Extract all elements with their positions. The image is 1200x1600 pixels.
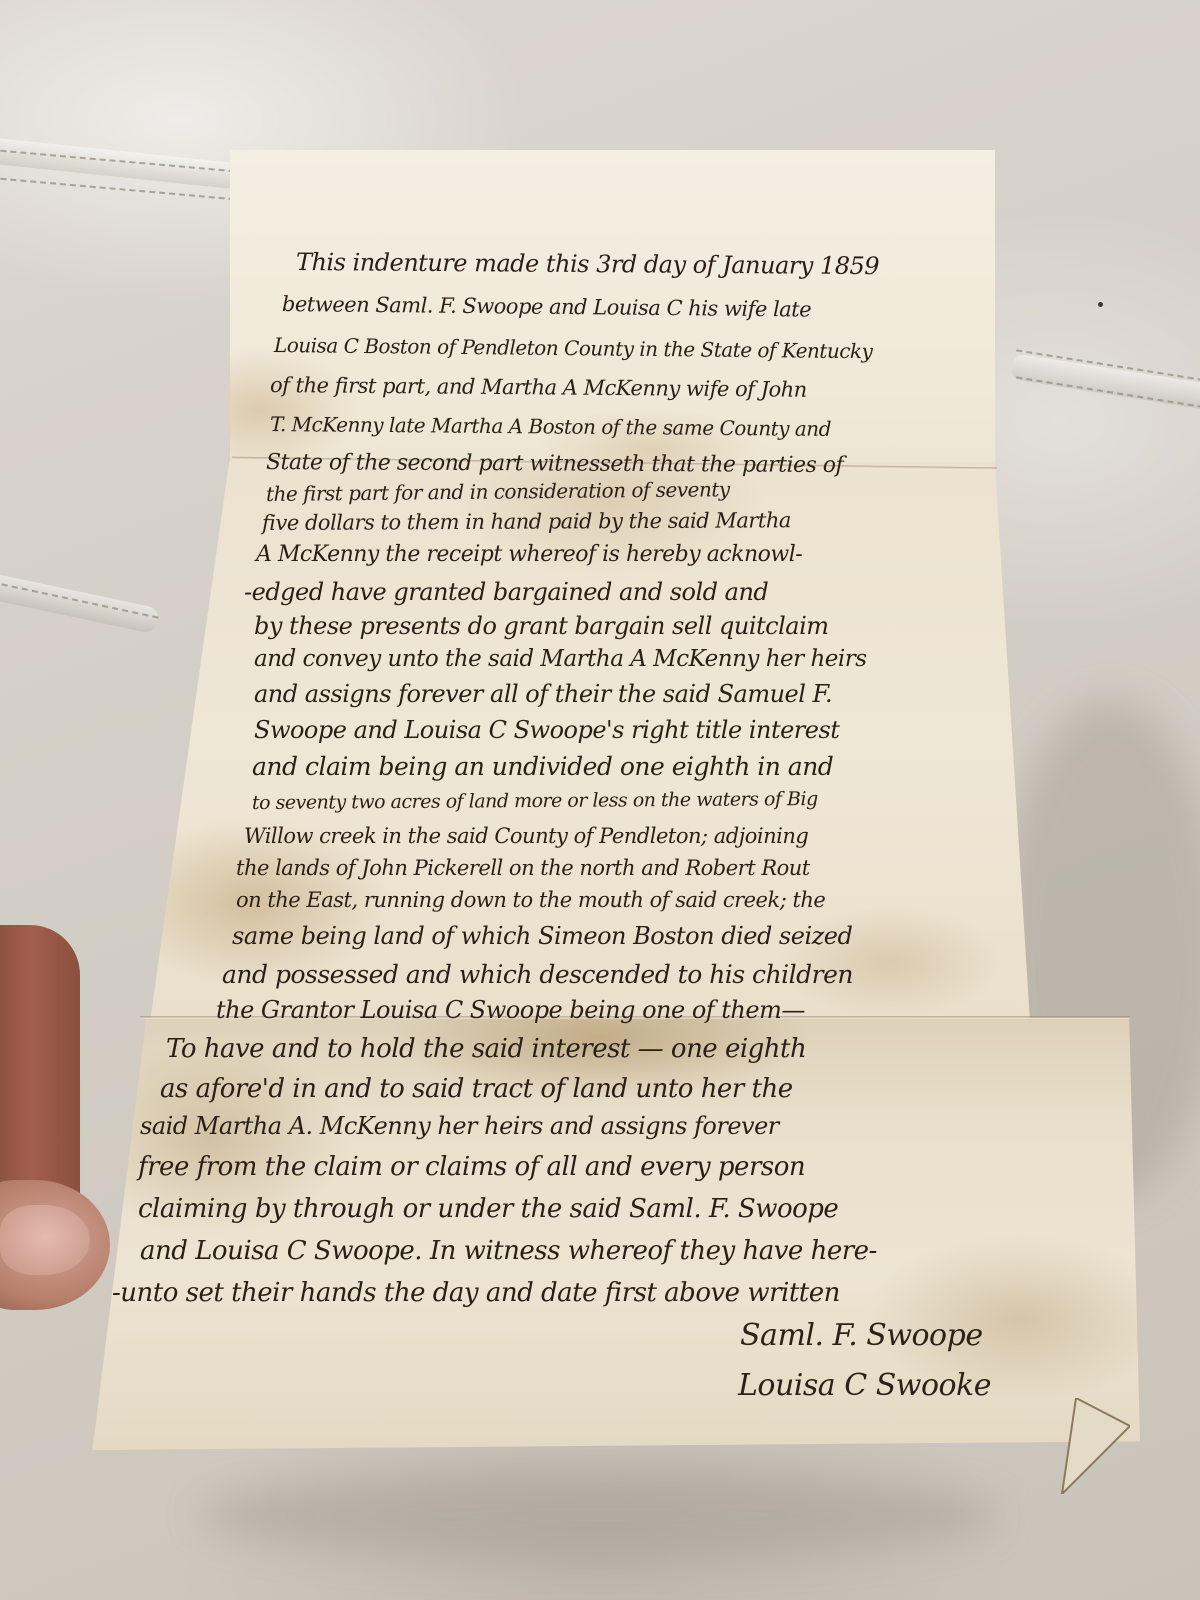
document-line: and Louisa C Swoope. In witness whereof … [140,1236,877,1266]
folded-corner [1058,1398,1130,1494]
document-line: Swoope and Louisa C Swoope's right title… [254,716,839,744]
document-line: T. McKenny late Martha A Boston of the s… [270,412,831,441]
signature-louisa-swoope: Louisa C Swooke [738,1368,991,1403]
document-line: and assigns forever all of their the sai… [254,680,832,708]
document-line: same being land of which Simeon Boston d… [232,922,852,950]
document-line: free from the claim or claims of all and… [138,1152,805,1182]
document-line: to seventy two acres of land more or les… [252,788,818,814]
document-line: To have and to hold the said interest — … [166,1034,806,1064]
document-line: as afore'd in and to said tract of land … [160,1074,793,1104]
indenture-document: This indenture made this 3rd day of Janu… [0,0,1200,1600]
document-line: This indenture made this 3rd day of Janu… [296,248,879,280]
document-line: five dollars to them in hand paid by the… [262,508,791,535]
document-line: and possessed and which descended to his… [222,960,853,989]
document-line: the first part for and in consideration … [266,477,730,506]
document-line: said Martha A. McKenny her heirs and ass… [140,1112,779,1140]
signature-samuel-swoope: Saml. F. Swoope [740,1318,983,1353]
document-line: of the first part, and Martha A McKenny … [270,373,807,402]
document-line: the lands of John Pickerell on the north… [236,856,810,880]
document-line: and convey unto the said Martha A McKenn… [254,646,867,672]
document-line: Willow creek in the said County of Pendl… [244,824,808,848]
document-line: -edged have granted bargained and sold a… [244,578,768,606]
document-line: claiming by through or under the said Sa… [138,1194,838,1224]
document-line: and claim being an undivided one eighth … [252,752,833,781]
document-line: the Grantor Louisa C Swoope being one of… [216,996,805,1024]
document-line: on the East, running down to the mouth o… [236,888,825,912]
document-line: -unto set their hands the day and date f… [112,1278,840,1308]
document-line: by these presents do grant bargain sell … [254,612,829,640]
document-line: A McKenny the receipt whereof is hereby … [256,542,802,567]
thumb-nail [0,1205,90,1275]
document-line: State of the second part witnesseth that… [266,450,843,478]
